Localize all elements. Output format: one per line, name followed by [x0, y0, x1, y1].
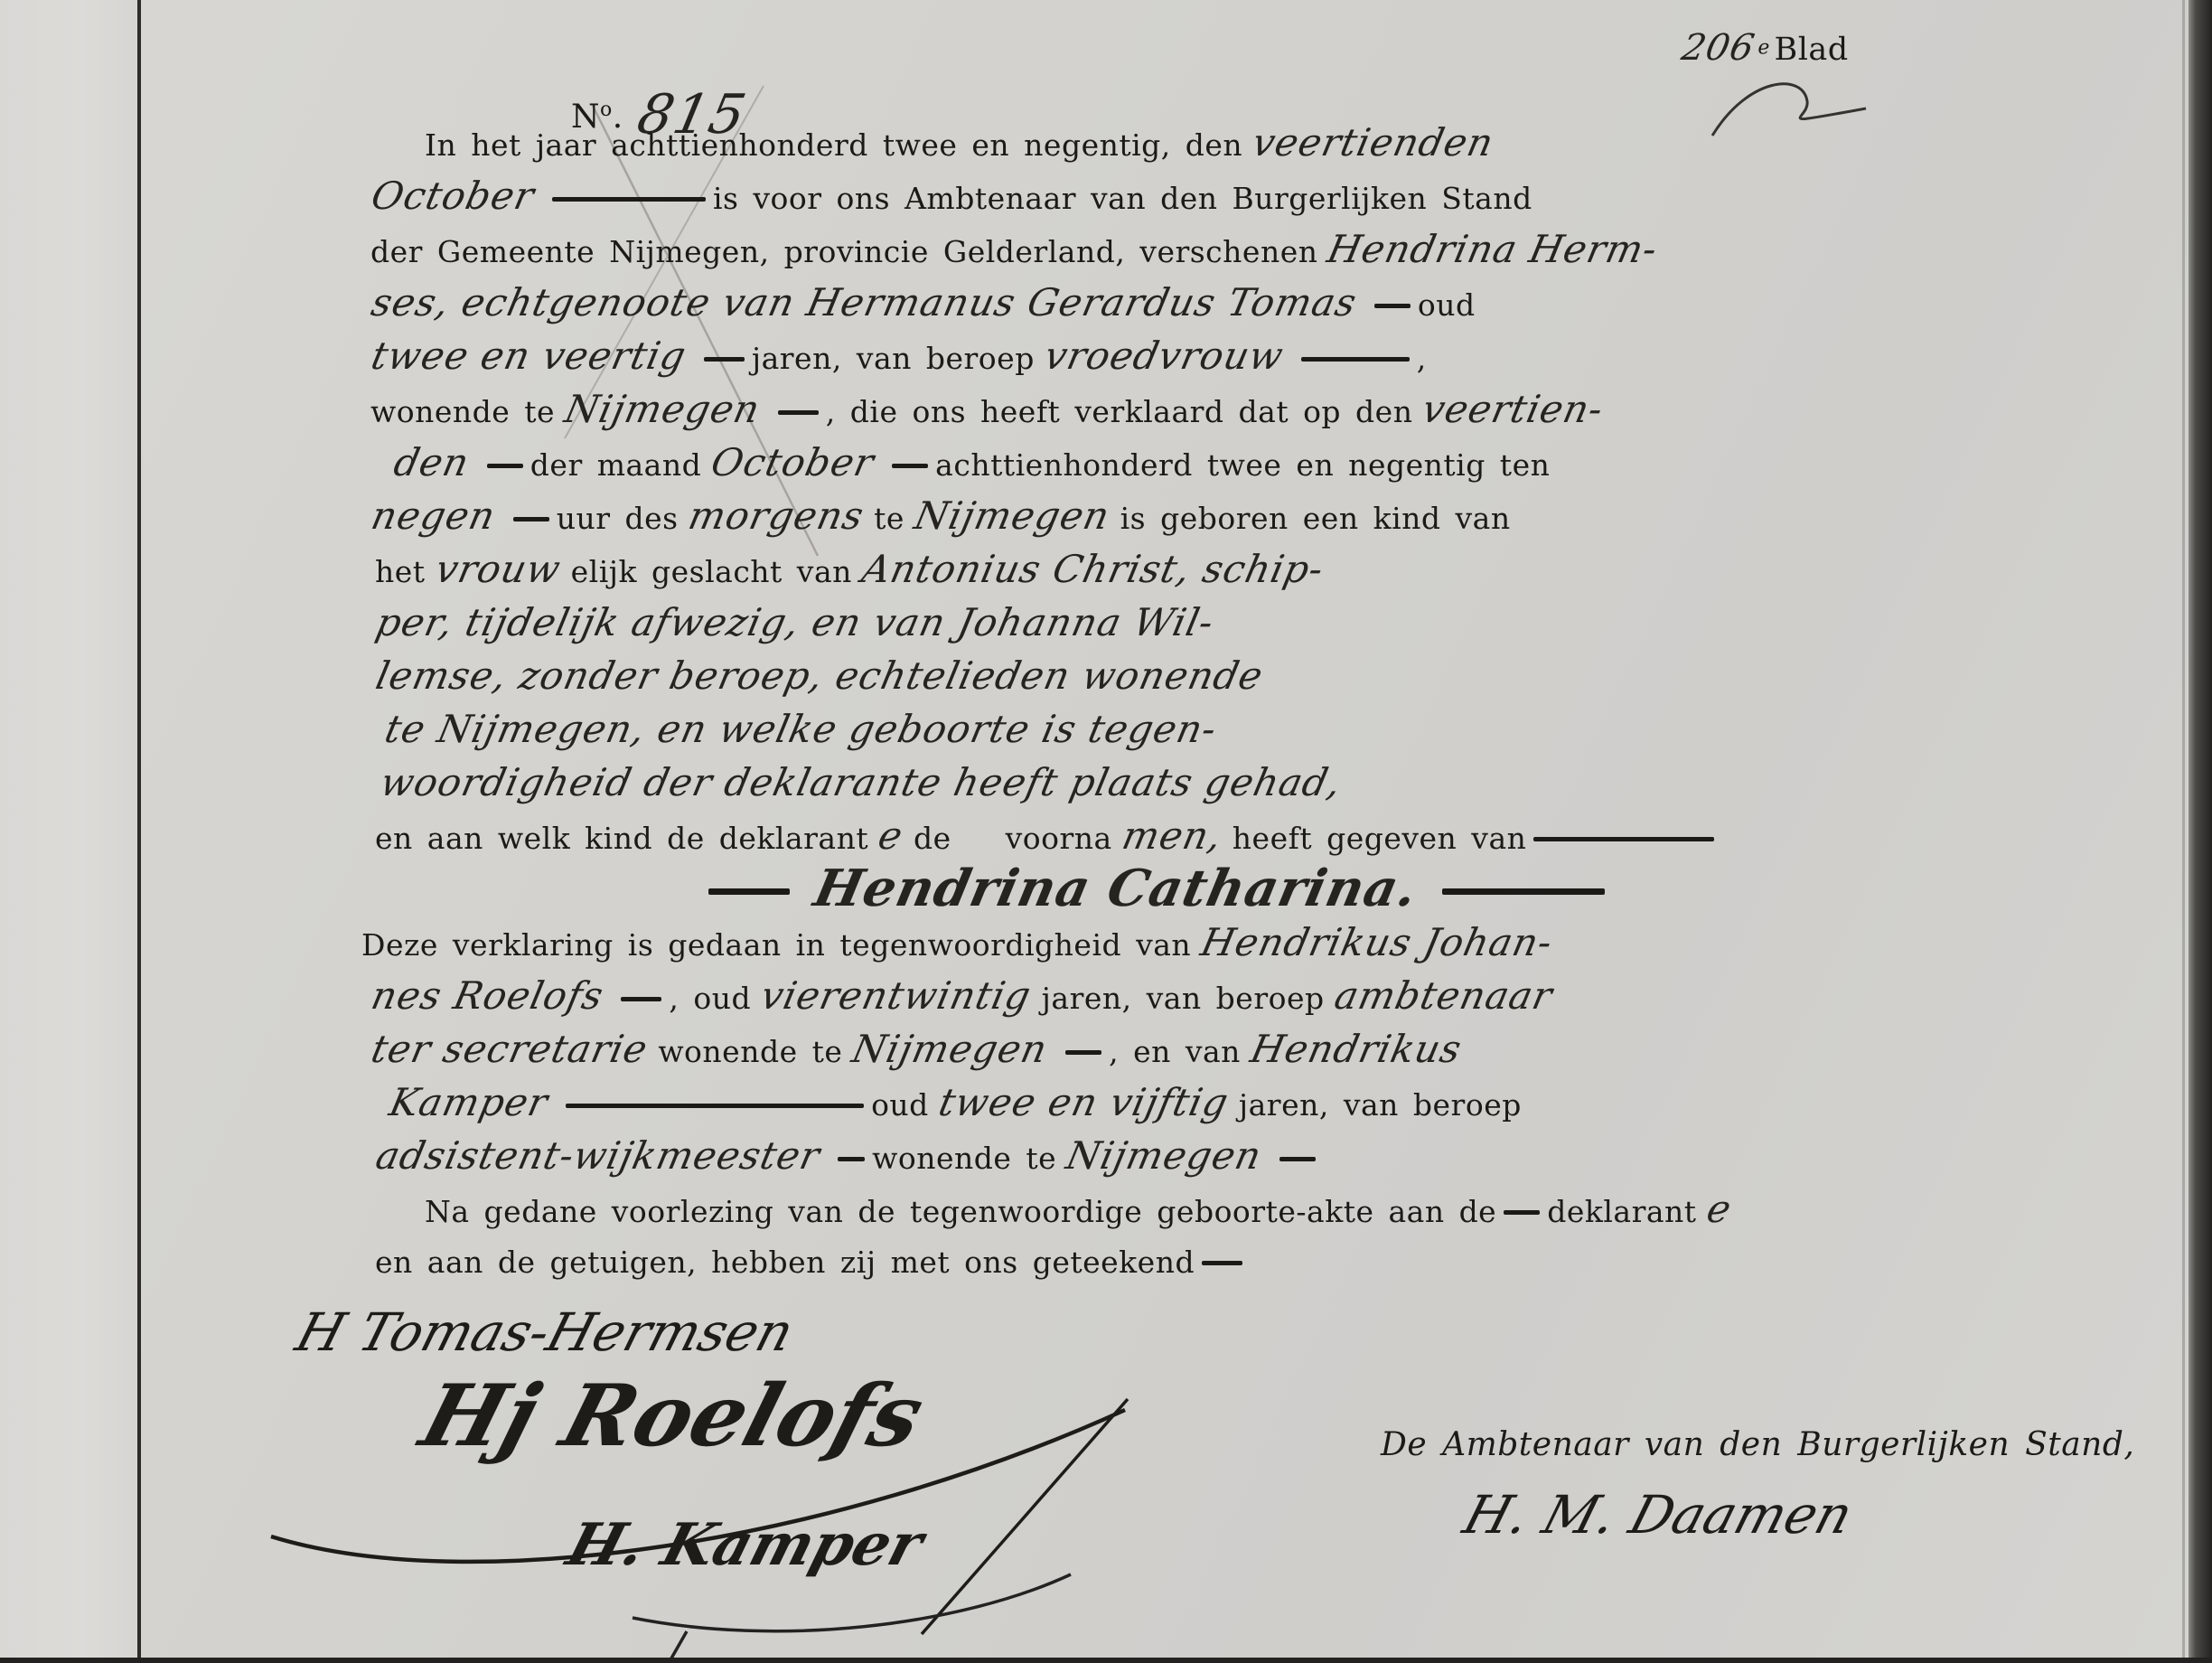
handwritten-text: ambtenaar: [1329, 969, 1557, 1022]
printed-text: der maand: [530, 447, 701, 483]
document-line-21: Na gedane voorlezing van de tegenwoordig…: [425, 1182, 1952, 1236]
handwritten-text: e: [874, 809, 908, 862]
printed-text: oud: [871, 1087, 929, 1123]
printed-text: uur des: [557, 501, 679, 536]
printed-text: jaren, van beroep: [1239, 1087, 1522, 1123]
scanned-birth-record: 206e Blad No. 815 In het jaar achttienho…: [0, 0, 2212, 1663]
handwritten-text: Nijmegen: [848, 1022, 1053, 1076]
document-line-3: der Gemeente Nijmegen, provincie Gelderl…: [370, 222, 1952, 276]
filler-rule: [704, 357, 745, 362]
handwritten-text: den: [389, 436, 474, 489]
printed-text: elijk geslacht van: [571, 554, 852, 589]
document-line-9: hetvrouwelijk geslacht vanAntonius Chris…: [375, 542, 1952, 596]
printed-text: ,: [1417, 341, 1427, 376]
handwritten-text: Nijmegen: [560, 382, 765, 436]
handwritten-text: ses, echtgenoote van Hermanus Gerardus T…: [367, 276, 1362, 329]
signature-witness-roelofs: Hj Roelofs: [410, 1367, 933, 1466]
handwritten-text: woordigheid der deklarante heeft plaats …: [376, 756, 1347, 809]
filler-rule: [1202, 1261, 1242, 1265]
document-line-4: ses, echtgenoote van Hermanus Gerardus T…: [361, 276, 1952, 329]
filler-rule: [1442, 888, 1605, 895]
document-line-13: woordigheid der deklarante heeft plaats …: [370, 756, 1952, 809]
filler-rule: [552, 197, 706, 202]
handwritten-text: veertienden: [1248, 116, 1499, 169]
document-line-14: en aan welk kind de deklarantedevoorname…: [375, 809, 1952, 862]
document-line-7: dender maandOctoberachttienhonderd twee …: [384, 436, 1952, 489]
page-bottom-edge: [0, 1658, 2212, 1663]
printed-text: jaren, van beroep: [752, 341, 1035, 376]
registrar-title: De Ambtenaar van den Burgerlijken Stand,: [1381, 1426, 2134, 1463]
filler-rule: [1374, 304, 1411, 308]
document-line-16: Deze verklaring is gedaan in tegenwoordi…: [361, 916, 1952, 969]
handwritten-text: ter secretarie: [367, 1022, 653, 1076]
filler-rule: [513, 517, 549, 521]
filler-rule: [778, 410, 819, 415]
document-line-12: te Nijmegen, en welke geboorte is tegen-: [375, 702, 1952, 756]
printed-text: te: [874, 501, 904, 536]
filler-rule: [1301, 357, 1410, 362]
sheet-number-value: 206: [1678, 27, 1758, 69]
printed-text: , oud: [669, 981, 751, 1016]
handwritten-text: te Nijmegen, en welke geboorte is tegen-: [380, 702, 1223, 756]
printed-text: het: [375, 554, 426, 589]
handwritten-text: Hendrikus: [1246, 1022, 1467, 1076]
filler-rule: [708, 888, 790, 895]
document-body: In het jaar achttienhonderd twee en nege…: [361, 116, 1952, 1289]
filler-rule: [487, 464, 523, 468]
document-line-2: Octoberis voor ons Ambtenaar van den Bur…: [361, 169, 1952, 222]
printed-text: , en van: [1109, 1034, 1241, 1069]
printed-text: achttienhonderd twee en negentig ten: [935, 447, 1550, 483]
page-right-edge-line: [2182, 0, 2185, 1663]
handwritten-text: twee en vijftig: [934, 1076, 1234, 1129]
document-line-10: per, tijdelijk afwezig, en van Johanna W…: [366, 596, 1952, 649]
handwritten-text: negen: [367, 489, 501, 542]
handwritten-text: adsistent-wijkmeester: [371, 1129, 826, 1182]
printed-text: jaren, van beroep: [1042, 981, 1325, 1016]
filler-rule: [1504, 1210, 1540, 1215]
handwritten-text: Antonius Christ, schip-: [858, 542, 1329, 596]
sheet-number: 206e Blad: [1679, 27, 1849, 69]
printed-text: der Gemeente Nijmegen, provincie Gelderl…: [370, 234, 1317, 269]
printed-text: Na gedane voorlezing van de tegenwoordig…: [425, 1194, 1496, 1229]
printed-text: In het jaar achttienhonderd twee en nege…: [425, 127, 1242, 163]
document-line-18: ter secretariewonende teNijmegen, en van…: [361, 1022, 1952, 1076]
signature-witness-kamper: H. Kamper: [559, 1511, 931, 1579]
handwritten-text: Nijmegen: [1062, 1129, 1267, 1182]
document-line-1: In het jaar achttienhonderd twee en nege…: [425, 116, 1952, 169]
printed-text: is geboren een kind van: [1120, 501, 1511, 536]
handwritten-text: veertien-: [1418, 382, 1608, 436]
printed-text: en aan de getuigen, hebben zij met ons g…: [375, 1245, 1195, 1280]
handwritten-text: men,: [1117, 809, 1227, 862]
document-line-17: nes Roelofs, oudvierentwintigjaren, van …: [361, 969, 1952, 1022]
document-line-20: adsistent-wijkmeesterwonende teNijmegen: [366, 1129, 1952, 1182]
signature-declarant: H Tomas-Hermsen: [289, 1301, 801, 1363]
page-left-margin: [0, 0, 137, 1663]
binding-fold-line: [137, 0, 141, 1663]
handwritten-text: per, tijdelijk afwezig, en van Johanna W…: [371, 596, 1219, 649]
handwritten-text: vierentwintig: [756, 969, 1036, 1022]
handwritten-text: vroedvrouw: [1040, 329, 1289, 382]
printed-text: oud: [1418, 287, 1476, 323]
handwritten-text: nes Roelofs: [367, 969, 609, 1022]
filler-rule: [838, 1157, 865, 1161]
handwritten-text: October: [367, 169, 539, 222]
handwritten-text: lemse, zonder beroep, echtelieden wonend…: [371, 649, 1269, 702]
filler-rule: [1533, 837, 1714, 841]
document-line-22: en aan de getuigen, hebben zij met ons g…: [375, 1236, 1952, 1289]
signature-flourish-kamper: [633, 1574, 1071, 1631]
handwritten-text: Hendrikus Johan-: [1196, 916, 1558, 969]
handwritten-text: morgens: [683, 489, 868, 542]
printed-text: voorna: [1006, 821, 1112, 856]
sheet-number-ordinal: e: [1757, 37, 1769, 60]
signature-registrar: H. M. Daamen: [1457, 1484, 1860, 1546]
handwritten-text: e: [1701, 1182, 1736, 1236]
handwritten-text: Kamper: [385, 1076, 554, 1129]
printed-text: is voor ons Ambtenaar van den Burgerlijk…: [713, 181, 1532, 216]
filler-rule: [892, 464, 928, 468]
printed-text: en aan welk kind de deklarant: [375, 821, 868, 856]
document-line-8: negenuur desmorgensteNijmegenis geboren …: [361, 489, 1952, 542]
document-line-6: wonende teNijmegen, die ons heeft verkla…: [370, 382, 1952, 436]
handwritten-text: October: [707, 436, 879, 489]
printed-text: heeft gegeven van: [1233, 821, 1527, 856]
filler-rule: [566, 1104, 864, 1108]
handwritten-text: Hendrina Herm-: [1323, 222, 1663, 276]
filler-rule: [621, 997, 661, 1001]
sheet-number-label: Blad: [1774, 32, 1848, 68]
printed-text: wonende te: [370, 394, 555, 429]
handwritten-text: vrouw: [430, 542, 566, 596]
handwritten-text: Hendrina Catharina.: [810, 862, 1422, 916]
handwritten-text: twee en veertig: [367, 329, 691, 382]
printed-text: , die ons heeft verklaard dat op den: [826, 394, 1413, 429]
page-right-edge: [2189, 0, 2212, 1663]
handwritten-text: Nijmegen: [910, 489, 1115, 542]
printed-text: deklarant: [1547, 1194, 1696, 1229]
printed-text: Deze verklaring is gedaan in tegenwoordi…: [361, 927, 1191, 963]
signature-flourish-roelofs-slash: [922, 1399, 1128, 1634]
document-line-19: Kamperoudtwee en vijftigjaren, van beroe…: [380, 1076, 1952, 1129]
printed-text: wonende te: [872, 1141, 1056, 1176]
document-line-5: twee en veertigjaren, van beroepvroedvro…: [361, 329, 1952, 382]
filler-rule: [1279, 1157, 1316, 1161]
document-line-11: lemse, zonder beroep, echtelieden wonend…: [366, 649, 1952, 702]
printed-text: wonende te: [658, 1034, 842, 1069]
document-line-15: Hendrina Catharina.: [361, 862, 1952, 916]
filler-rule: [1065, 1050, 1101, 1055]
printed-text: de: [914, 821, 951, 856]
